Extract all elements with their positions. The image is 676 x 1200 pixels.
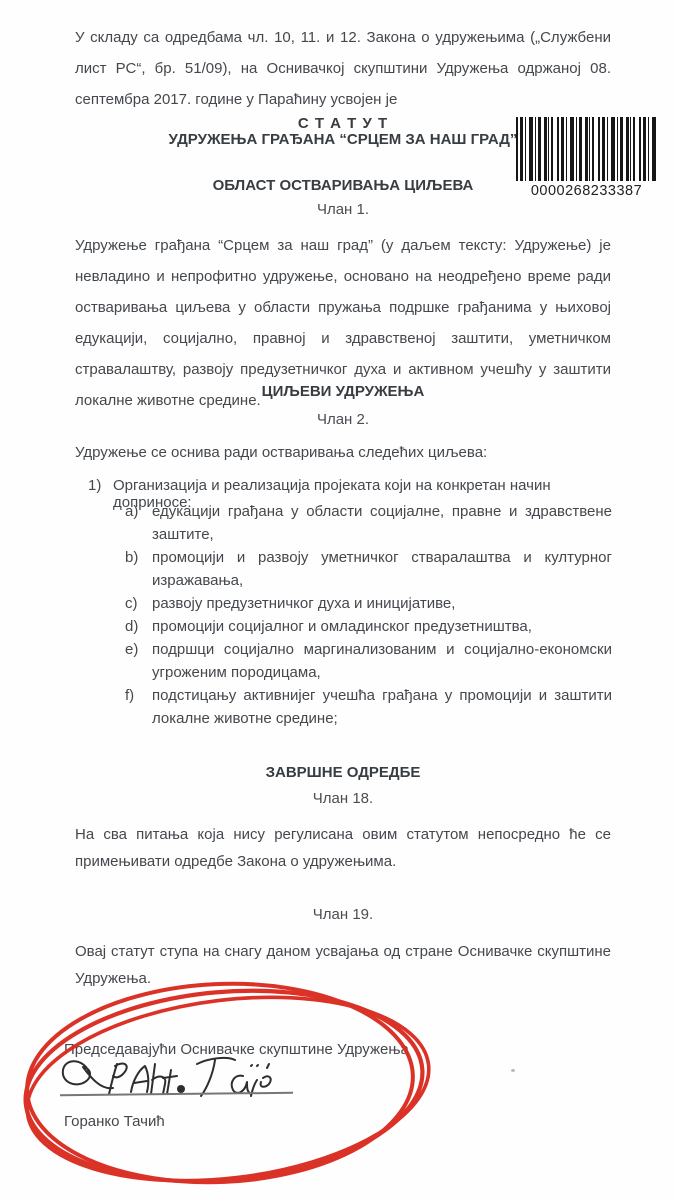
- subitem-text: развоју предузетничког духа и иницијатив…: [152, 592, 612, 615]
- subitem-text: подршци социјално маргинализованим и соц…: [152, 638, 612, 684]
- signatory-name: Горанко Тачић: [64, 1113, 600, 1130]
- intro-paragraph: У складу са одредбама чл. 10, 11. и 12. …: [75, 22, 611, 115]
- article-label-2: Члан 2.: [75, 411, 611, 428]
- subitem-text: подстицању активнијег учешћа грађана у п…: [152, 684, 612, 730]
- final-body-paragraph: На сва питања која нису регулисана овим …: [75, 821, 611, 875]
- entry-body-paragraph: Овај статут ступа на снагу даном усвајањ…: [75, 938, 611, 992]
- section-heading-goals: ЦИЉЕВИ УДРУЖЕЊА: [75, 383, 611, 400]
- goals-sublist: a) едукацији грађана у области социјалне…: [125, 500, 612, 730]
- article-label-18: Члан 18.: [75, 790, 611, 807]
- subitem-text: промоцији социјалног и омладинског преду…: [152, 615, 612, 638]
- goal-subitem: e) подршци социјално маргинализованим и …: [125, 638, 612, 684]
- subitem-marker: e): [125, 638, 152, 684]
- goal-subitem: d) промоцији социјалног и омладинског пр…: [125, 615, 612, 638]
- goal-subitem: c) развоју предузетничког духа и иниција…: [125, 592, 612, 615]
- article-label-1: Члан 1.: [75, 201, 611, 218]
- section-heading-area: ОБЛАСТ ОСТВАРИВАЊА ЦИЉЕВА: [75, 177, 611, 194]
- subitem-text: промоцији и развоју уметничког стваралаш…: [152, 546, 612, 592]
- barcode-bars-icon: [516, 117, 657, 181]
- goal-subitem: b) промоцији и развоју уметничког ствара…: [125, 546, 612, 592]
- goal-subitem: a) едукацији грађана у области социјалне…: [125, 500, 612, 546]
- scan-speck: [511, 1069, 515, 1072]
- scanned-statute-document: У складу са одредбама чл. 10, 11. и 12. …: [0, 0, 676, 1200]
- subitem-marker: b): [125, 546, 152, 592]
- list-marker: 1): [88, 477, 113, 511]
- subitem-text: едукацији грађана у области социјалне, п…: [152, 500, 612, 546]
- handwritten-signature: [55, 1050, 305, 1108]
- section-heading-final: ЗАВРШНЕ ОДРЕДБЕ: [75, 764, 611, 781]
- subitem-marker: c): [125, 592, 152, 615]
- subitem-marker: a): [125, 500, 152, 546]
- subitem-marker: f): [125, 684, 152, 730]
- goal-subitem: f) подстицању активнијег учешћа грађана …: [125, 684, 612, 730]
- article-label-19: Члан 19.: [75, 906, 611, 923]
- subitem-marker: d): [125, 615, 152, 638]
- goals-lead: Удружење се оснива ради остваривања след…: [75, 444, 611, 461]
- ink-blob: [177, 1085, 185, 1093]
